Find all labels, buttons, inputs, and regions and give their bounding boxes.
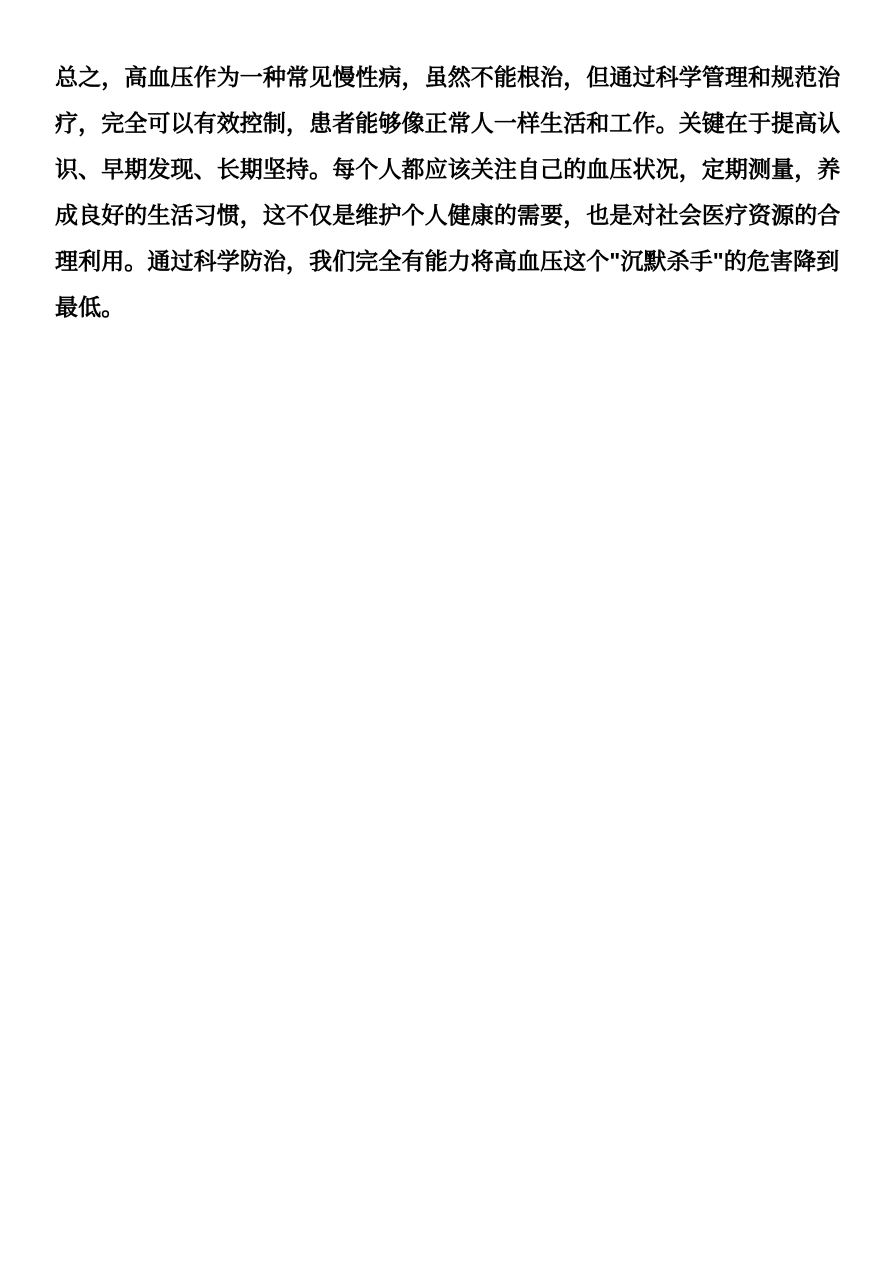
paragraph-line: 理利用。通过科学防治，我们完全有能力将高血压这个"沉默杀手"的危害降到 [55,238,855,284]
document-paragraph: 总之，高血压作为一种常见慢性病，虽然不能根治，但通过科学管理和规范治 疗，完全可… [55,54,855,330]
paragraph-line: 总之，高血压作为一种常见慢性病，虽然不能根治，但通过科学管理和规范治 [55,54,855,100]
document-page: 总之，高血压作为一种常见慢性病，虽然不能根治，但通过科学管理和规范治 疗，完全可… [0,0,893,1262]
paragraph-line: 最低。 [55,284,855,330]
paragraph-line: 疗，完全可以有效控制，患者能够像正常人一样生活和工作。关键在于提高认 [55,100,855,146]
paragraph-line: 成良好的生活习惯，这不仅是维护个人健康的需要，也是对社会医疗资源的合 [55,192,855,238]
paragraph-line: 识、早期发现、长期坚持。每个人都应该关注自己的血压状况，定期测量，养 [55,146,855,192]
